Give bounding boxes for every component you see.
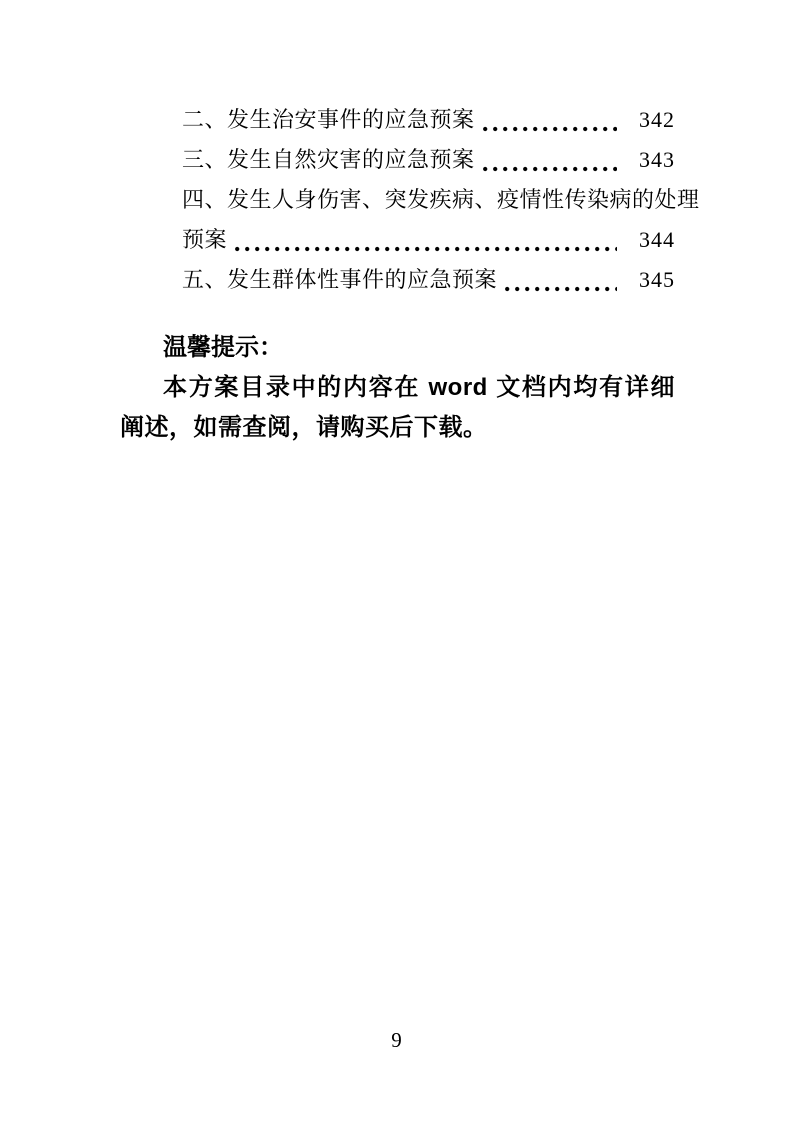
toc-entry-label: 五、发生群体性事件的应急预案 [182, 260, 497, 300]
toc-entry-label: 二、发生治安事件的应急预案 [182, 100, 475, 140]
notice-title: 温馨提示： [120, 328, 675, 368]
toc-entry: 五、发生群体性事件的应急预案 345 [120, 260, 675, 300]
document-page: 二、发生治安事件的应急预案 342 三、发生自然灾害的应急预案 343 四、发生… [0, 0, 793, 1122]
toc-entry-page: 345 [633, 260, 675, 300]
toc-entry-page: 344 [633, 220, 675, 260]
toc-entry-continuation: 预案 344 [120, 220, 675, 260]
toc-entry-label: 三、发生自然灾害的应急预案 [182, 140, 475, 180]
page-content: 二、发生治安事件的应急预案 342 三、发生自然灾害的应急预案 343 四、发生… [120, 100, 675, 448]
page-number: 9 [0, 1028, 793, 1053]
toc-entry: 三、发生自然灾害的应急预案 343 [120, 140, 675, 180]
dot-leader [483, 122, 617, 132]
toc-entry-page: 343 [633, 140, 675, 180]
toc-entry: 二、发生治安事件的应急预案 342 [120, 100, 675, 140]
dot-leader [235, 242, 617, 252]
toc-entry: 四、发生人身伤害、突发疾病、疫情性传染病的处理 [120, 180, 675, 220]
notice-body: 本方案目录中的内容在 word 文档内均有详细阐述，如需查阅，请购买后下载。 [120, 368, 675, 448]
toc-entry-label: 四、发生人身伤害、突发疾病、疫情性传染病的处理 [182, 187, 700, 212]
notice-block: 温馨提示： 本方案目录中的内容在 word 文档内均有详细阐述，如需查阅，请购买… [120, 328, 675, 448]
toc-entry-label-continuation: 预案 [182, 220, 227, 260]
dot-leader [483, 162, 617, 172]
table-of-contents: 二、发生治安事件的应急预案 342 三、发生自然灾害的应急预案 343 四、发生… [120, 100, 675, 300]
toc-entry-page: 342 [633, 100, 675, 140]
dot-leader [505, 282, 617, 292]
